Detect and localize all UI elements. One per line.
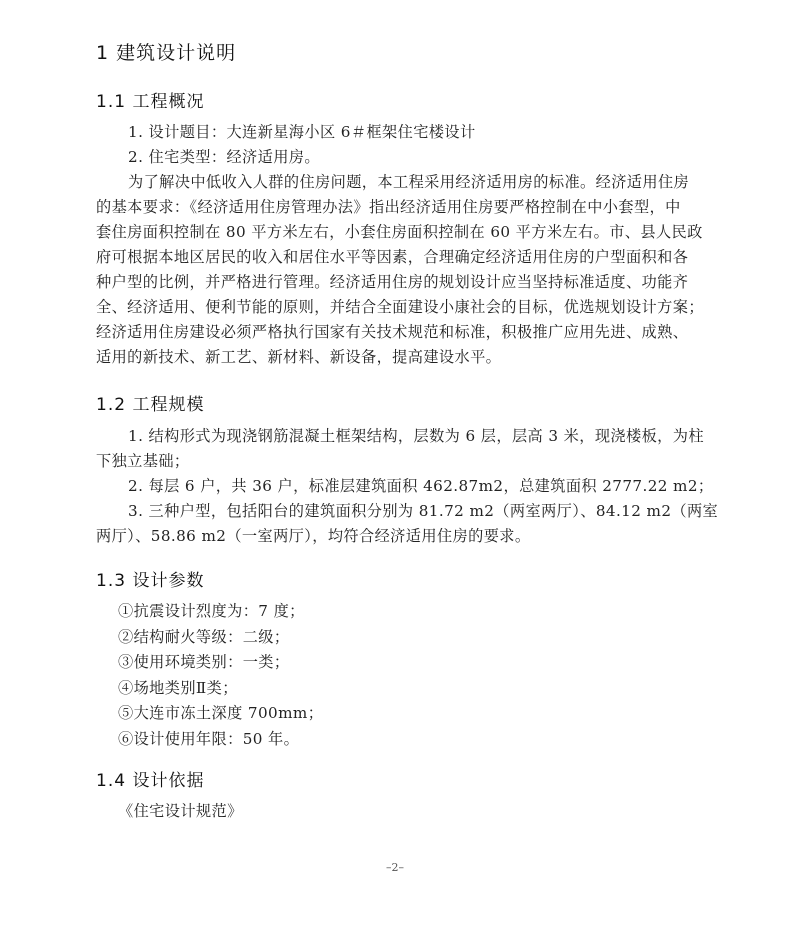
parameter-item: ⑥设计使用年限：50 年。: [118, 728, 299, 749]
paragraph-line: 2. 每层 6 户，共 36 户，标准层建筑面积 462.87m2，总建筑面积 …: [128, 475, 714, 496]
parameter-item: ⑤大连市冻土深度 700mm；: [118, 702, 323, 723]
paragraph-line: 1. 设计题目：大连新星海小区 6＃框架住宅楼设计: [128, 121, 476, 142]
paragraph-line: 3. 三种户型，包括阳台的建筑面积分别为 81.72 m2（两室两厅）、84.1…: [128, 500, 718, 521]
page-number: –2–: [386, 861, 404, 874]
parameter-item: ③使用环境类别：一类；: [118, 651, 289, 672]
section-heading-1-1: 1.1 工程概况: [96, 87, 204, 112]
paragraph-line: 为了解决中低收入人群的住房问题，本工程采用经济适用房的标准。经济适用住房: [128, 171, 689, 192]
paragraph-line: 1. 结构形式为现浇钢筋混凝土框架结构，层数为 6 层，层高 3 米，现浇楼板，…: [128, 425, 704, 446]
paragraph-line: 府可根据本地区居民的收入和居住水平等因素，合理确定经济适用住房的户型面积和各: [96, 246, 688, 267]
section-heading-1-4: 1.4 设计依据: [96, 766, 204, 791]
paragraph-line: 全、经济适用、便利节能的原则，并结合全面建设小康社会的目标，优选规划设计方案；: [96, 296, 704, 317]
paragraph-line: 适用的新技术、新工艺、新材料、新设备，提高建设水平。: [96, 346, 501, 367]
document-page: 1 建筑设计说明 1.1 工程概况 1. 设计题目：大连新星海小区 6＃框架住宅…: [0, 0, 793, 941]
section-heading-1-2: 1.2 工程规模: [96, 390, 204, 415]
parameter-item: ④场地类别Ⅱ类；: [118, 677, 238, 698]
paragraph-line: 2. 住宅类型：经济适用房。: [128, 146, 320, 167]
paragraph-line: 的基本要求：《经济适用住房管理办法》指出经济适用住房要严格控制在中小套型，中: [96, 196, 681, 217]
paragraph-line: 经济适用住房建设必须严格执行国家有关技术规范和标准，积极推广应用先进、成熟、: [96, 321, 688, 342]
paragraph-line: 套住房面积控制在 80 平方米左右，小套住房面积控制在 60 平方米左右。市、县…: [96, 221, 703, 242]
section-heading-1-3: 1.3 设计参数: [96, 566, 204, 591]
paragraph-line: 两厅）、58.86 m2（一室两厅），均符合经济适用住房的要求。: [96, 525, 530, 546]
reference-item: 《住宅设计规范》: [118, 800, 243, 821]
chapter-title: 1 建筑设计说明: [96, 38, 236, 65]
parameter-item: ①抗震设计烈度为：7 度；: [118, 600, 305, 621]
paragraph-line: 下独立基础；: [96, 450, 190, 471]
paragraph-line: 种户型的比例，并严格进行管理。经济适用住房的规划设计应当坚持标准适度、功能齐: [96, 271, 688, 292]
parameter-item: ②结构耐火等级：二级；: [118, 626, 289, 647]
